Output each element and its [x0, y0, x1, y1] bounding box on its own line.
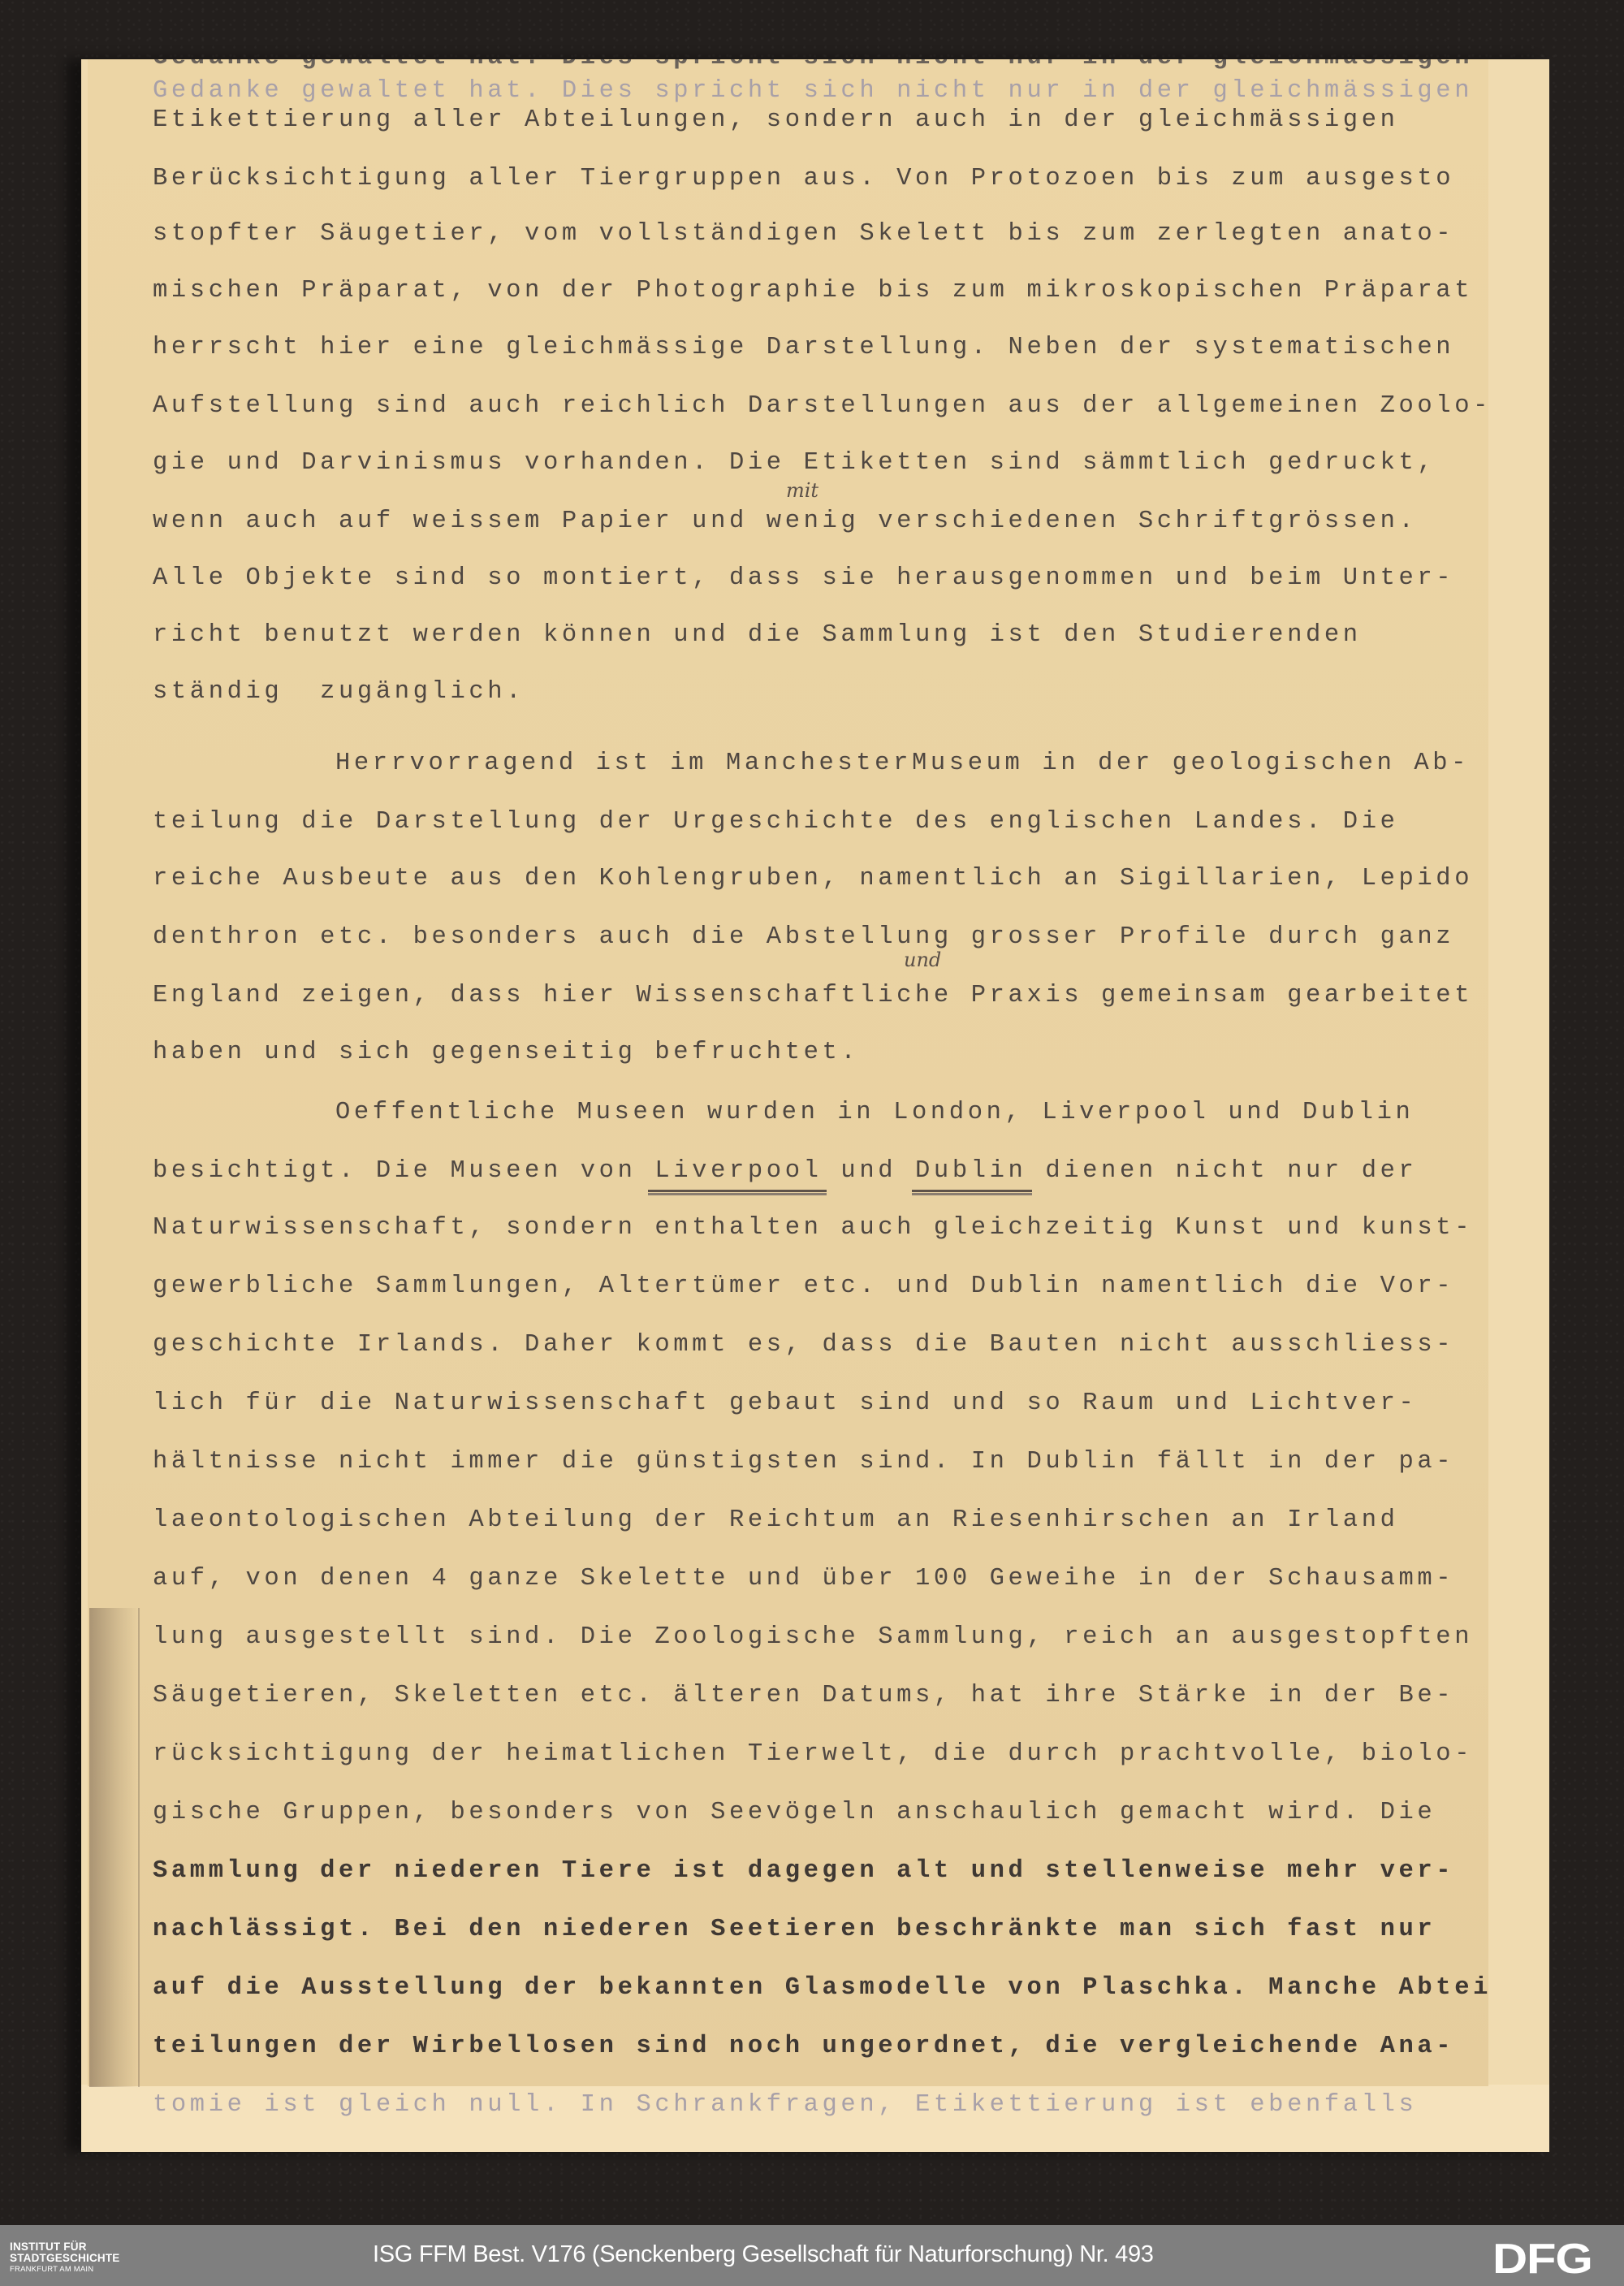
text-line: Säugetieren, Skeletten etc. älteren Datu…	[153, 1679, 1454, 1712]
text-line: nachlässigt. Bei den niederen Seetieren …	[153, 1913, 1436, 1946]
text-line: gische Gruppen, besonders von Seevögeln …	[153, 1796, 1436, 1829]
text-line: Berücksichtigung aller Tiergruppen aus. …	[153, 162, 1454, 195]
institution-line1: INSTITUT FÜR	[10, 2241, 87, 2253]
text-line: reiche Ausbeute aus den Kohlengruben, na…	[153, 862, 1473, 895]
text-line: ständig zugänglich.	[153, 676, 525, 708]
underline-dublin	[912, 1190, 1032, 1192]
text-line: teilung die Darstellung der Urgeschichte…	[153, 806, 1399, 838]
text-line: gewerbliche Sammlungen, Altertümer etc. …	[153, 1270, 1454, 1303]
text-line: haben und sich gegenseitig befruchtet.	[153, 1036, 859, 1069]
text-line: teilungen der Wirbellosen sind noch unge…	[153, 2030, 1454, 2063]
institution-line3: FRANKFURT AM MAIN	[10, 2264, 120, 2275]
text-line: herrscht hier eine gleichmässige Darstel…	[153, 331, 1454, 364]
underline-liverpool	[648, 1190, 827, 1192]
text-line: Herrvorragend ist im ManchesterMuseum in…	[335, 747, 1470, 780]
text-line: richt benutzt werden können und die Samm…	[153, 619, 1362, 651]
text-line: auf, von denen 4 ganze Skelette und über…	[153, 1562, 1454, 1595]
margin-stain	[89, 1608, 138, 2087]
text-line: rücksichtigung der heimatlichen Tierwelt…	[153, 1738, 1473, 1770]
text-line: Naturwissenschaft, sondern enthalten auc…	[153, 1212, 1473, 1244]
text-line: besichtigt. Die Museen von Liverpool und…	[153, 1155, 1417, 1187]
institution-logo: INSTITUT FÜR STADTGESCHICHTE FRANKFURT A…	[10, 2241, 120, 2275]
carbon-top-line: Gedanke gewaltet hat. Dies spricht sich …	[153, 75, 1473, 107]
text-line: stopfter Säugetier, vom vollständigen Sk…	[153, 218, 1454, 250]
dfg-logo-icon: DFG	[1492, 2238, 1592, 2280]
text-line: lung ausgestellt sind. Die Zoologische S…	[153, 1621, 1473, 1653]
text-line: lich für die Naturwissenschaft gebaut si…	[153, 1387, 1417, 1420]
text-line: laeontologischen Abteilung der Reichtum …	[153, 1504, 1399, 1536]
institution-line2: STADTGESCHICHTE	[10, 2252, 120, 2264]
text-line: mischen Präparat, von der Photographie b…	[153, 274, 1473, 307]
archive-footer: INSTITUT FÜR STADTGESCHICHTE FRANKFURT A…	[0, 2225, 1624, 2286]
carbon-bottom-line: tomie ist gleich null. In Schrankfragen,…	[153, 2089, 1417, 2121]
text-line: hältnisse nicht immer die günstigsten si…	[153, 1445, 1454, 1478]
text-line: wenn auch auf weissem Papier und wenig v…	[153, 505, 1417, 538]
text-line: Alle Objekte sind so montiert, dass sie …	[153, 562, 1454, 594]
cropped-top-line: Gedanke gewaltet hat. Dies spricht sich …	[153, 59, 1501, 72]
handwritten-und: und	[904, 949, 941, 971]
text-line: Oeffentliche Museen wurden in London, Li…	[335, 1096, 1414, 1129]
archive-reference: ISG FFM Best. V176 (Senckenberg Gesellsc…	[373, 2241, 1154, 2268]
text-line: England zeigen, dass hier Wissenschaftli…	[153, 979, 1473, 1012]
handwritten-mit: mit	[786, 479, 818, 502]
text-line: Etikettierung aller Abteilungen, sondern…	[153, 104, 1399, 136]
text-line: auf die Ausstellung der bekannten Glasmo…	[153, 1972, 1492, 2004]
text-line: geschichte Irlands. Daher kommt es, dass…	[153, 1329, 1454, 1361]
text-line: gie und Darvinismus vorhanden. Die Etike…	[153, 447, 1436, 479]
margin-fold-line	[138, 1608, 140, 2087]
ghost-line: Gedanke gewaltet hat. Dies spricht sich …	[153, 59, 1473, 72]
text-line: denthron etc. besonders auch die Abstell…	[153, 921, 1454, 953]
text-line: Sammlung der niederen Tiere ist dagegen …	[153, 1855, 1454, 1887]
text-line: Aufstellung sind auch reichlich Darstell…	[153, 390, 1492, 422]
